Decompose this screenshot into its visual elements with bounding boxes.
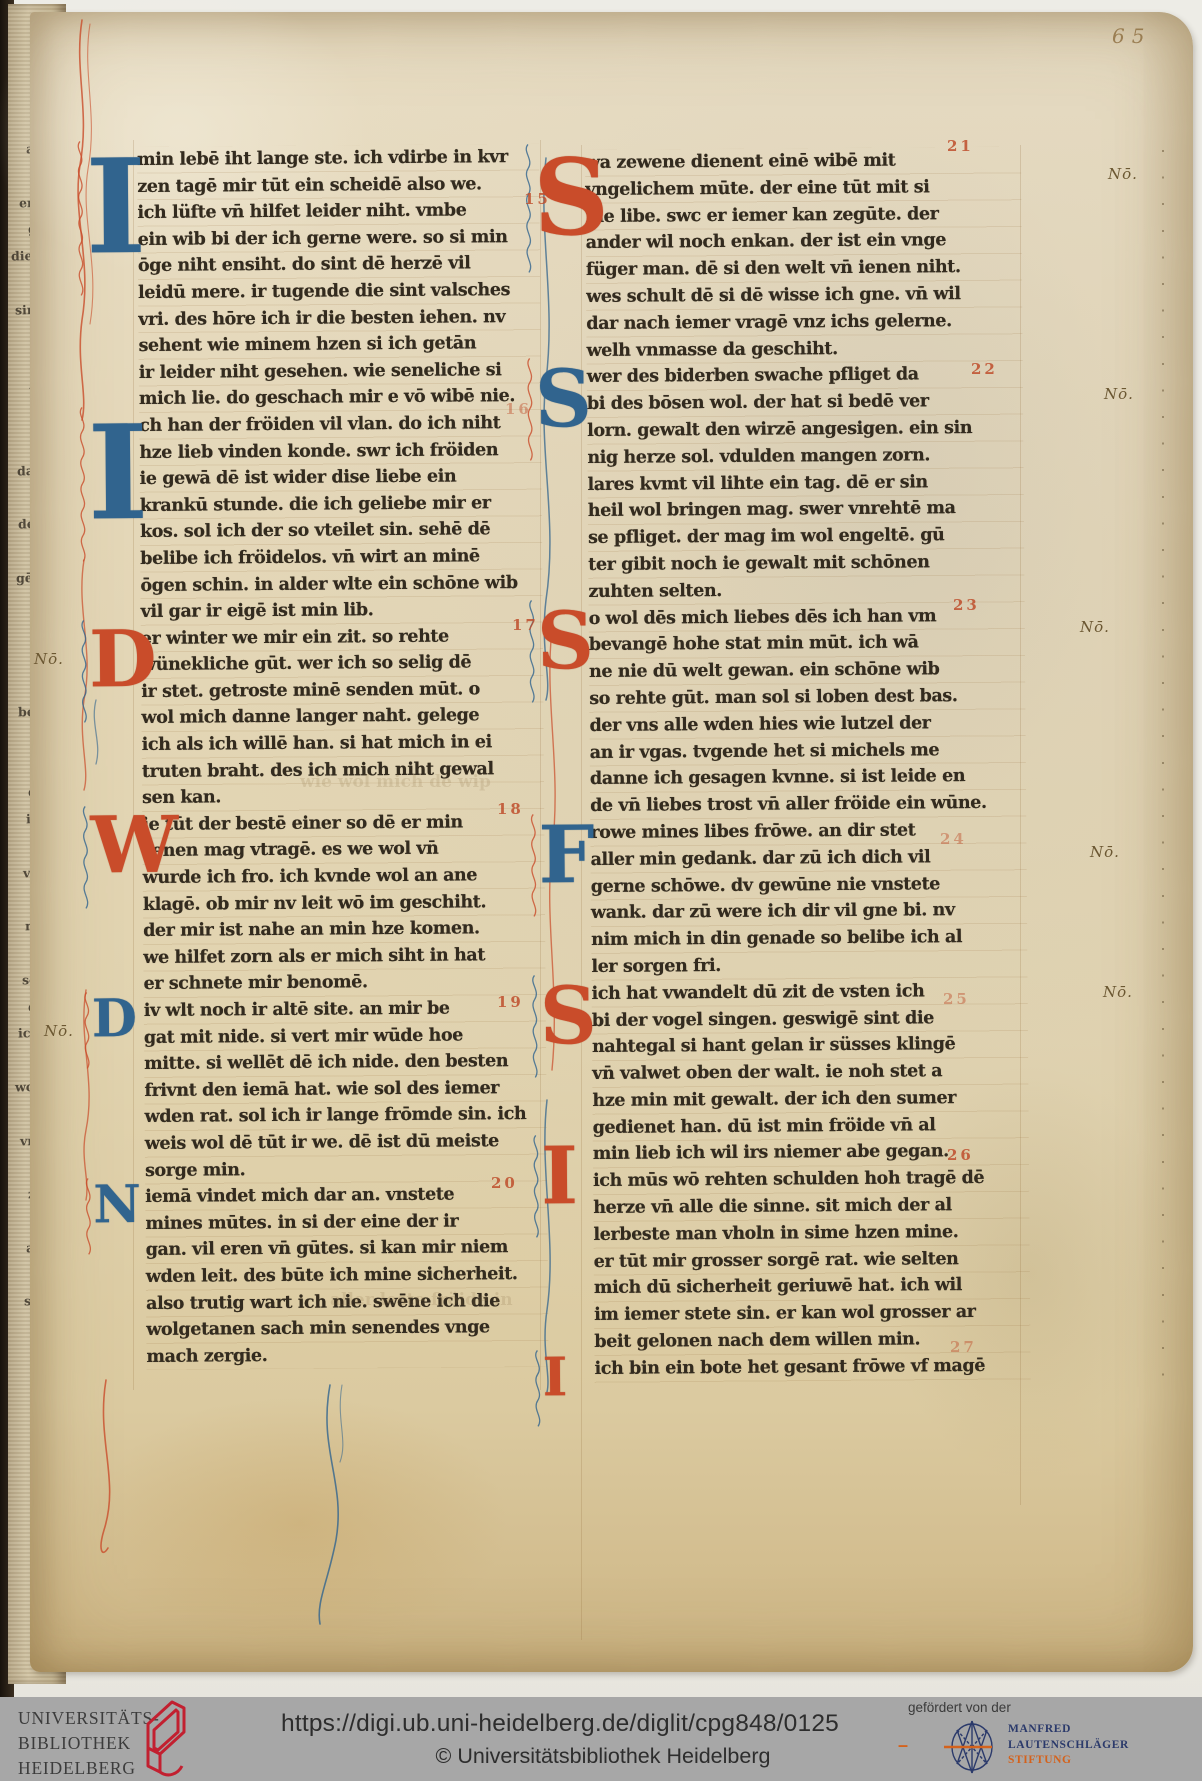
nota-margin-mark: Nō. [1080, 618, 1110, 636]
manuscript-text-line: vil gar ir eigē ist min lib. [141, 596, 543, 626]
manuscript-stanza: Niemā vindet mich dar an. vnstetemines m… [145, 1181, 548, 1370]
manuscript-text-line: min lebē iht lange ste. ich vdirbe in kv… [137, 144, 539, 174]
stanza-number-annotation: 26 [947, 1146, 974, 1164]
stanza-number-annotation: 23 [953, 596, 980, 614]
manuscript-text-line: ie gewā dē ist wider dise liebe ein [140, 463, 542, 493]
manuscript-text-line: er tūt mir grosser sorgē rat. wie selten [594, 1245, 1030, 1275]
manuscript-text-line: wden rat. sol ich ir lange frōmde sin. i… [145, 1101, 547, 1131]
initial-dropcap: S [535, 359, 593, 438]
manuscript-text-line: welh vnmasse da geschiht. [586, 334, 1022, 364]
folio-number: 65 [1112, 24, 1151, 48]
manuscript-text-line: gedienet han. dū ist min fröide vn̄ al [593, 1111, 1029, 1141]
initial-dropcap: F [538, 815, 595, 894]
funder-name-line: LAUTENSCHLÄGER [1008, 1738, 1129, 1754]
funder-name-line: STIFTUNG [1008, 1753, 1129, 1769]
manuscript-text-line: so rehte gūt. man sol si loben dest bas. [589, 682, 1025, 712]
university-library-logo-icon [138, 1698, 200, 1780]
document-url: https://digi.ub.uni-heidelberg.de/diglit… [265, 1710, 855, 1738]
manuscript-text-line: ander wil noch enkan. der ist ein vnge [586, 227, 1022, 257]
initial-dropcap: I [85, 142, 147, 272]
manuscript-text-line: de vn̄ liebes trost vn̄ aller fröide ein… [590, 790, 1026, 820]
stanza-number-annotation: 22 [971, 360, 998, 378]
nota-margin-mark: Nō. [44, 1022, 74, 1040]
nota-margin-mark: Nō. [1108, 165, 1138, 183]
manuscript-stanza: Imin lebē iht lange ste. ich vdirbe in k… [137, 144, 541, 413]
manuscript-text-line: nahtegal si hant gelan ir süsses klingē [592, 1031, 1028, 1061]
manuscript-text-line: mach zergie. [146, 1341, 548, 1371]
manuscript-text-line: wolgetanen sach min senendes vnge [146, 1314, 548, 1344]
initial-dropcap: I [87, 408, 149, 538]
stanza-number-annotation: 19 [497, 993, 524, 1011]
initial-dropcap: D [89, 621, 157, 700]
stanza-number-annotation: 25 [943, 990, 970, 1008]
manuscript-text-line: wol mich danne langer naht. gelege [141, 702, 543, 732]
manuscript-text-line: lares kvmt vil lihte ein tag. dē er sin [588, 468, 1024, 498]
initial-dropcap: I [542, 1351, 567, 1404]
manuscript-text-line: ich als ich willē han. si hat mich in ei [142, 729, 544, 759]
text-column-left: Imin lebē iht lange ste. ich vdirbe in k… [137, 144, 549, 1370]
manuscript-stanza: Swa zewene dienent einē wibē mitvngelich… [585, 147, 1023, 365]
stanza-number-annotation: 15 [524, 190, 551, 208]
manuscript-text-line: der vns alle wden hies wie lutzel der [589, 709, 1025, 739]
manuscript-text-line: krankū stunde. die ich geliebe mir er [140, 490, 542, 520]
pricking-holes [1162, 150, 1164, 1390]
digitized-manuscript-page: ar erēvsen zalgerūdie nihmansin selerbtk… [0, 0, 1202, 1781]
manuscript-text-line: vngelichem mūte. der eine tūt mit si [585, 173, 1021, 203]
manuscript-stanza: Ich han der fröiden vil vlan. do ich nih… [139, 410, 543, 626]
manuscript-text-line: hze lieb vinden konde. swr ich fröiden [139, 436, 541, 466]
manuscript-text-line: wden leit. des būte ich mine sicherheit. [146, 1261, 548, 1291]
manuscript-text-line: wank. dar zū were ich dir vil gne bi. nv [591, 897, 1027, 927]
manuscript-text-line: gan. vil eren vn̄ gūtes. si kan mir niem [146, 1234, 548, 1264]
manuscript-text-line: frivnt den iemā hat. wie sol des iemer [144, 1075, 546, 1105]
manuscript-stanza: Swer des biderben swache pfliget dabi de… [587, 361, 1025, 606]
initial-dropcap: S [537, 600, 595, 679]
manuscript-photo: ar erēvsen zalgerūdie nihmansin selerbtk… [0, 0, 1202, 1697]
manuscript-text-line: er winter we mir ein zit. so rehte [141, 623, 543, 653]
manuscript-text-line: wes schult dē si dē wisse ich gne. vn̄ w… [586, 281, 1022, 311]
manuscript-text-line: mitte. si wellēt dē ich nide. den besten [144, 1048, 546, 1078]
initial-dropcap: N [93, 1179, 141, 1231]
lautenschlaeger-stiftung-logo-icon [944, 1713, 1000, 1779]
manuscript-text-line: danne ich gesagen kvnne. si ist leide en [590, 763, 1026, 793]
manuscript-text-line: wurde ich fro. ich kvnde wol an ane [143, 862, 545, 892]
manuscript-text-line: senen mag vtragē. es we wol vn̄ [142, 835, 544, 865]
manuscript-text-line: hze min mit gewalt. der ich den sumer [592, 1084, 1028, 1114]
manuscript-stanza: Wie tūt der bestē einer so dē er minsene… [142, 809, 545, 998]
manuscript-text-line: wünekliche gūt. wer ich so selig dē [141, 649, 543, 679]
stanza-number-annotation: 20 [491, 1174, 518, 1192]
manuscript-text-line: bi des bōsen wol. der hat si bedē ver [587, 388, 1023, 418]
manuscript-text-line: we hilfet zorn als er mich siht in hat [143, 942, 545, 972]
funder-name: MANFRED LAUTENSCHLÄGER STIFTUNG [1008, 1722, 1129, 1769]
manuscript-text-line: iemā vindet mich dar an. vnstete [145, 1181, 547, 1211]
manuscript-text-line: ie tūt der bestē einer so dē er min [142, 809, 544, 839]
nota-margin-mark: Nō. [34, 650, 64, 668]
parchment-stain [90, 1392, 510, 1652]
manuscript-text-line: sorge min. [145, 1154, 547, 1184]
initial-dropcap: I [541, 1137, 579, 1216]
bleedthrough-text: wie wol mich de wip [300, 772, 491, 792]
manuscript-text-line: im iemer stete sin. er kan wol grosser a… [594, 1299, 1030, 1329]
initial-dropcap: W [90, 807, 178, 886]
manuscript-text-line: belibe ich fröidelos. vn̄ wirt an minē [140, 543, 542, 573]
nota-margin-mark: Nō. [1104, 385, 1134, 403]
manuscript-text-line: heil wol bringen mag. swer vnrehtē ma [588, 495, 1024, 525]
manuscript-text-line: gerne schōwe. dv gewūne nie vnstete [591, 870, 1027, 900]
stanza-number-annotation: 21 [947, 137, 974, 155]
manuscript-text-line: mines mūtes. in si der eine der ir [145, 1208, 547, 1238]
manuscript-text-line: gat mit nide. si vert mir wūde hoe [144, 1021, 546, 1051]
manuscript-text-line: vn̄ valwet oben der walt. ie noh stet a [592, 1058, 1028, 1088]
manuscript-text-line: herze vn̄ alle die sinne. sit mich der a… [593, 1192, 1029, 1222]
bleedthrough-text: aller leste fröide in [330, 1290, 513, 1310]
manuscript-text-line: se pfliget. der mag im wol engeltē. gū [588, 522, 1024, 552]
manuscript-text-line: dar nach iemer vragē vnz ichs gelerne. [586, 307, 1022, 337]
manuscript-text-line: ich mūs wō rehten schulden hoh tragē dē [593, 1165, 1029, 1195]
manuscript-text-line: lorn. gewalt den wirzē angesigen. ein si… [587, 415, 1023, 445]
manuscript-text-line: an ir vgas. tvgende het si michels me [590, 736, 1026, 766]
manuscript-text-line: ōge niht ensiht. do sint dē herzē vil [138, 250, 540, 280]
manuscript-text-line: me libe. swc er iemer kan zegūte. der [585, 200, 1021, 230]
manuscript-text-line: klagē. ob mir nv leit wō im geschiht. [143, 888, 545, 918]
nota-margin-mark: Nō. [1103, 983, 1133, 1001]
manuscript-text-line: zen tagē mir tūt ein scheidē also we. [137, 170, 539, 200]
manuscript-text-line: ich lüfte vn̄ hilfet leider niht. vmbe [137, 197, 539, 227]
manuscript-text-line: ne nie dū welt gewan. ein schōne wib [589, 656, 1025, 686]
stanza-number-annotation: 18 [497, 800, 524, 818]
manuscript-text-line: weis wol dē tūt ir we. dē ist dū meiste [145, 1128, 547, 1158]
library-footer-bar: UNIVERSITÄTS- BIBLIOTHEK HEIDELBERG http… [0, 1697, 1202, 1781]
text-column-right: Swa zewene dienent einē wibē mitvngelich… [585, 147, 1031, 1383]
manuscript-stanza: Iich bin ein bote het gesant frōwe vf ma… [594, 1352, 1030, 1382]
manuscript-text-line: wer des biderben swache pfliget da [587, 361, 1023, 391]
manuscript-text-line: ter gibit noch ie gewalt mit schōnen [588, 549, 1024, 579]
manuscript-text-line: ōgen schin. in alder wlte ein schōne wib [140, 569, 542, 599]
manuscript-text-line: kos. sol ich der so vteilet sin. sehē dē [140, 516, 542, 546]
manuscript-text-line: bi der vogel singen. geswigē sint die [592, 1004, 1028, 1034]
manuscript-text-line: ir stet. getroste minē senden mūt. o [141, 676, 543, 706]
manuscript-text-line: mich lie. do geschach mir e vō wibē nie. [139, 383, 541, 413]
manuscript-text-line: ir leider niht gesehen. wie seneliche si [139, 357, 541, 387]
manuscript-text-line: der mir ist nahe an min hze komen. [143, 915, 545, 945]
manuscript-text-line: leidū mere. ir tugende die sint valsches [138, 277, 540, 307]
manuscript-stanza: Div wlt noch ir altē site. an mir begat … [144, 995, 547, 1184]
manuscript-text-line: ich bin ein bote het gesant frōwe vf mag… [594, 1352, 1030, 1382]
manuscript-text-line: iv wlt noch ir altē site. an mir be [144, 995, 546, 1025]
stanza-number-annotation: 24 [940, 830, 967, 848]
manuscript-text-line: ler sorgen fri. [591, 950, 1027, 980]
manuscript-text-line: nim mich in din genade so belibe ich al [591, 924, 1027, 954]
manuscript-text-line: nig herze sol. vdulden mangen zorn. [587, 441, 1023, 471]
initial-dropcap: D [92, 993, 138, 1045]
manuscript-stanza: So wol dēs mich liebes dēs ich han vmbev… [589, 602, 1027, 820]
manuscript-text-line: lerbeste man vholn in sime hzen mine. [593, 1218, 1029, 1248]
manuscript-stanza: Imin lieb ich wil irs niemer abe gegan.i… [593, 1138, 1031, 1356]
manuscript-text-line: füger man. dē si den welt vn̄ ienen niht… [586, 254, 1022, 284]
manuscript-text-line: bevangē hohe stat min mūt. ich wā [589, 629, 1025, 659]
stanza-number-annotation: 16 [505, 400, 532, 418]
manuscript-text-line: mich dū sicherheit geriuwē hat. ich wil [594, 1272, 1030, 1302]
stanza-number-annotation: 17 [512, 616, 539, 634]
nota-margin-mark: Nō. [1090, 843, 1120, 861]
stanza-number-annotation: 27 [950, 1338, 977, 1356]
funder-dash: – [898, 1735, 908, 1756]
manuscript-text-line: vri. des hōre ich ir die besten iehen. n… [138, 303, 540, 333]
manuscript-text-line: ein wib bi der ich gerne were. so si min [138, 224, 540, 254]
manuscript-text-line: er schnete mir benomē. [143, 968, 545, 998]
manuscript-text-line: sehent wie minem hzen si ich getān [138, 330, 540, 360]
manuscript-text-line: ch han der fröiden vil vlan. do ich niht [139, 410, 541, 440]
initial-dropcap: S [539, 976, 597, 1055]
funder-name-line: MANFRED [1008, 1722, 1129, 1738]
copyright-notice: © Universitätsbibliothek Heidelberg [428, 1744, 778, 1769]
